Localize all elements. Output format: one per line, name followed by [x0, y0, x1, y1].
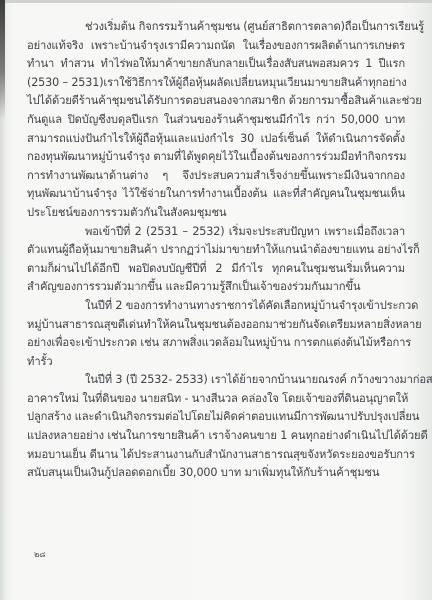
text-line: ทำนา ทำสวน ทำไร่พอให้มาค้าขายกลับกลายเป็… — [27, 55, 405, 74]
text-line: แปลงหลายอย่าง เช่นในการขายสินค้า เราจ้าง… — [27, 427, 405, 446]
text-line: กันดูแล ปิดบัญชีงบดุลปีแรก ในส่วนของร้าน… — [27, 111, 405, 130]
book-spine-shadow — [0, 0, 5, 120]
paragraph-health-contest: ในปีที่ 2 ของการทำงานทางราชการได้คัดเลือ… — [27, 297, 405, 371]
text-line: หมู่บ้านสาธารณสุขดีเด่นทำให้คนในชุมชนต้อ… — [27, 316, 405, 335]
text-line: ในปีที่ 2 ของการทำงานทางราชการได้คัดเลือ… — [27, 297, 405, 316]
paragraph-early-phase: ช่วงเริ่มต้น กิจกรรมร้านค้าชุมชน (ศูนย์ส… — [27, 18, 405, 223]
paragraph-year-two: พอเข้าปีที่ 2 (2531 – 2532) เริ่มจะประสบ… — [27, 223, 405, 297]
text-line: การทำงานพัฒนาด้านต่าง ๆ จึงประสบความสำเร… — [27, 167, 405, 186]
text-line: หมอบานเย็น ดีนาน ได้ประสานงานกับสำนักงาน… — [27, 446, 405, 465]
text-line: ปลูกสร้าง และดำเนินกิจกรรมต่อไปโดยไม่คิด… — [27, 408, 405, 427]
text-line: ในปีที่ 3 (ปี 2532- 2533) เราได้ย้ายจากบ… — [27, 371, 405, 390]
text-line: สนับสนุนเป็นเงินกู้ปลอดดอกเบี้ย 30,000 บ… — [27, 464, 405, 483]
page-top-edge — [0, 0, 432, 3]
text-line: ประโยชน์ของการรวมตัวกันในสังคมชุมชน — [27, 204, 405, 223]
text-line: (2530 – 2531)เราใช้วิธีการให้ผู้ถือหุ้นผ… — [27, 74, 405, 93]
text-line: พอเข้าปีที่ 2 (2531 – 2532) เริ่มจะประสบ… — [27, 223, 405, 242]
scanned-page: ช่วงเริ่มต้น กิจกรรมร้านค้าชุมชน (ศูนย์ส… — [0, 0, 432, 600]
page-number: ๒๘ — [34, 548, 45, 561]
paragraph-year-three: ในปีที่ 3 (ปี 2532- 2533) เราได้ย้ายจากบ… — [27, 371, 405, 483]
text-line: อย่างแท้จริง เพราะบ้านจำรุงเรามีความถนัด… — [27, 37, 405, 56]
text-line: อย่างเพื่อจะเข้าประกวด เช่น สภาพสิ่งแวดล… — [27, 334, 405, 353]
text-line: สามารถแบ่งปันกำไรให้ผู้ถือหุ้นและแบ่งกำไ… — [27, 130, 405, 149]
text-line: ช่วงเริ่มต้น กิจกรรมร้านค้าชุมชน (ศูนย์ส… — [27, 18, 405, 37]
text-line: ตามก็ผ่านไปได้อีกปี พอปิดงบบัญชีปีที่ 2 … — [27, 260, 405, 279]
text-line: อาคารใหม่ ในที่ดินของ นายสนิท - นางสีนวล… — [27, 390, 405, 409]
text-line: ทำรั้ว — [27, 353, 405, 372]
text-line: ตัวแทนผู้ถือหุ้นมาขายสินค้า ปรากฏว่าไม่ม… — [27, 241, 405, 260]
document-body: ช่วงเริ่มต้น กิจกรรมร้านค้าชุมชน (ศูนย์ส… — [27, 18, 405, 483]
text-line: กองทุนพัฒนาหมู่บ้านจำรุง ตามที่ได้พูดคุย… — [27, 148, 405, 167]
text-line: ทุนพัฒนาบ้านจำรุง ไว้ใช้จ่ายในการทำงานเบ… — [27, 185, 405, 204]
text-line: สำคัญของการรวมตัวมากขึ้น และมีความรู้สึก… — [27, 278, 405, 297]
text-line: ไปได้ด้วยดีร้านค้าชุมชนได้รับการตอบสนองจ… — [27, 92, 405, 111]
